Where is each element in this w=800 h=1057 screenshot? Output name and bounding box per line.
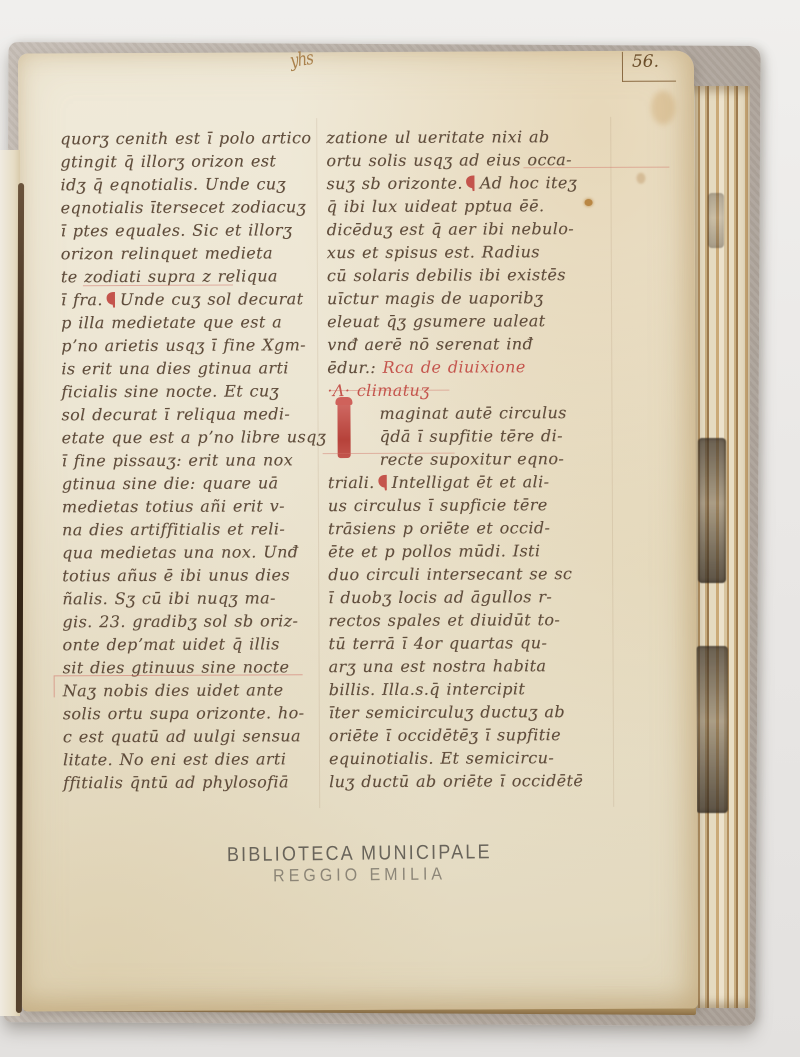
- ink-text: billis. Illa.s.q̄ intercipit: [329, 679, 526, 699]
- manuscript-line: cū solaris debilis ibi existēs: [327, 263, 633, 287]
- ink-text: suʒ sb orizonte.: [326, 174, 462, 194]
- manuscript-line: ī duobʒ locis ad āgullos r-: [328, 585, 634, 609]
- manuscript-line: us circulus ī supficie tēre: [328, 493, 634, 517]
- manuscript-line: eleuat q̄ʒ gsumere ualeat: [327, 309, 633, 333]
- ink-text: quorʒ cenith est ī polo artico: [60, 128, 311, 148]
- manuscript-line: sol decurat ī reliqua medi-: [61, 402, 313, 426]
- manuscript-line: triali.Intelligat ēt et ali-: [328, 470, 634, 494]
- ink-text: ficialis sine nocte. Et cuʒ: [61, 381, 279, 401]
- manuscript-line: is erit una dies gtinua arti: [61, 356, 313, 380]
- ink-text: pʼno arietis usqʒ ī fine Xgm-: [61, 335, 306, 355]
- manuscript-line: ·Λ· climatuʒ: [327, 378, 633, 402]
- ink-text: ffitialis q̄ntū ad phylosofiā: [63, 772, 289, 792]
- ink-text: idʒ q̄ eqnotialis. Unde cuʒ: [60, 174, 286, 194]
- library-stamp: BIBLIOTECA MUNICIPALE REGGIO EMILIA: [21, 839, 697, 889]
- ink-text: medietas totius añi erit v-: [62, 496, 285, 516]
- folio-number: 56.: [632, 52, 659, 72]
- ink-text: onte depʼmat uidet q̄ illis: [62, 634, 279, 654]
- ink-text: sol decurat ī reliqua medi-: [61, 404, 290, 424]
- fore-edge-stain: [696, 646, 728, 813]
- manuscript-line: quorʒ cenith est ī polo artico: [60, 126, 312, 150]
- manuscript-line: trāsiens p oriēte et occid-: [328, 516, 634, 540]
- ink-text: solis ortu supa orizonte. ho-: [63, 703, 305, 723]
- ink-text: ī ptes equales. Sic et illorʒ: [61, 220, 293, 240]
- ink-text: eqnotialis ītersecet zodiacuʒ: [61, 197, 307, 217]
- manuscript-line: Naʒ nobis dies uidet ante: [63, 678, 315, 702]
- manuscript-line: tū terrā ī 4or quartas qu-: [328, 631, 634, 655]
- ink-text: cū solaris debilis ibi existēs: [327, 265, 566, 285]
- manuscript-line: etate que est a pʼno libre usqʒ: [62, 425, 314, 449]
- ink-text: equinotialis. Et semicircu-: [329, 748, 554, 768]
- manuscript-line: īter semicirculuʒ ductuʒ ab: [329, 700, 635, 724]
- top-mark: yhs: [288, 46, 314, 72]
- manuscript-line: ī fra.Unde cuʒ sol decurat: [61, 287, 313, 311]
- ink-text: gis. 23. gradibʒ sol sb oriz-: [62, 611, 298, 631]
- manuscript-line: xus et spisus est. Radius: [327, 240, 633, 264]
- manuscript-line: dicēduʒ est q̄ aer ibi nebulo-: [327, 217, 633, 241]
- manuscript-line: recte supoxitur eqno-: [328, 447, 634, 471]
- ink-text: p illa medietate que est a: [61, 312, 282, 332]
- ink-text: gtinua sine die: quare uā: [62, 473, 279, 493]
- ink-text: īter semicirculuʒ ductuʒ ab: [329, 702, 565, 722]
- manuscript-line: ēte et p pollos mūdi. Isti: [328, 539, 634, 563]
- ink-text: is erit una dies gtinua arti: [61, 358, 289, 378]
- ink-text: litate. No eni est dies arti: [63, 749, 286, 769]
- manuscript-line: zatione ul ueritate nixi ab: [326, 125, 632, 149]
- manuscript-line: luʒ ductū ab oriēte ī occidētē: [329, 769, 635, 793]
- ink-text: etate que est a pʼno libre usqʒ: [62, 427, 327, 447]
- ink-text: orizon relinquet medieta: [61, 243, 273, 263]
- manuscript-line: q̄ ibi lux uideat pptua ēē.: [327, 194, 633, 218]
- fore-edge-stain: [698, 438, 726, 583]
- ink-text: oriēte ī occidētēʒ ī supfitie: [329, 725, 561, 745]
- ink-text: uīctur magis de uaporibʒ: [327, 288, 543, 308]
- ink-text: xus et spisus est. Radius: [327, 242, 540, 262]
- manuscript-line: suʒ sb orizonte.Ad hoc iteʒ: [326, 171, 632, 195]
- manuscript-line: oriēte ī occidētēʒ ī supfitie: [329, 723, 635, 747]
- ink-text: te zodiati supra z reliqua: [61, 266, 278, 286]
- manuscript-line: qua medietas una nox. Unđ: [62, 540, 314, 564]
- manuscript-line: maginat autē circulus: [327, 401, 633, 425]
- ink-text: triali.: [328, 473, 375, 492]
- ink-text: dicēduʒ est q̄ aer ibi nebulo-: [327, 219, 574, 239]
- ink-text: ī fine pissauʒ: erit una nox: [62, 450, 293, 470]
- ink-text: zatione ul ueritate nixi ab: [326, 127, 549, 147]
- stain: [636, 173, 645, 184]
- manuscript-line: duo circuli intersecant se sc: [328, 562, 634, 586]
- fore-edge-stain: [708, 193, 724, 248]
- manuscript-page: yhs 56. quorʒ cenith est ī polo articogt…: [18, 51, 698, 1012]
- manuscript-line: na dies artiffitialis et reli-: [62, 517, 314, 541]
- manuscript-line: gtinua sine die: quare uā: [62, 471, 314, 495]
- ink-text: Naʒ nobis dies uidet ante: [63, 680, 284, 700]
- rubric-text: Rca de diuixione: [383, 357, 526, 377]
- ink-text: qua medietas una nox. Unđ: [62, 542, 298, 562]
- manuscript-line: c est quatū ad uulgi sensua: [63, 724, 315, 748]
- stain: [651, 91, 675, 125]
- folio-bracket: 56.: [622, 52, 676, 82]
- ink-text: us circulus ī supficie tēre: [328, 495, 548, 515]
- manuscript-line: billis. Illa.s.q̄ intercipit: [329, 677, 635, 701]
- text-column-left: quorʒ cenith est ī polo articogtingit q̄…: [60, 126, 315, 794]
- ink-text: maginat autē circulus: [379, 403, 566, 423]
- manuscript-line: gis. 23. gradibʒ sol sb oriz-: [62, 609, 314, 633]
- rubric-text: ·Λ· climatuʒ: [327, 381, 429, 400]
- manuscript-line: solis ortu supa orizonte. ho-: [63, 701, 315, 725]
- ink-text: duo circuli intersecant se sc: [328, 564, 572, 584]
- ink-text: na dies artiffitialis et reli-: [62, 519, 285, 539]
- ink-text: gtingit q̄ illorʒ orizon est: [60, 151, 276, 171]
- ink-text: ortu solis usqʒ ad eius occa-: [326, 150, 572, 170]
- ink-text: recte supoxitur eqno-: [380, 449, 565, 469]
- ink-text: ī fra.: [61, 290, 103, 309]
- manuscript-line: onte depʼmat uidet q̄ illis: [62, 632, 314, 656]
- ink-text: ēdur.:: [327, 358, 382, 377]
- ink-text: Unde cuʒ sol decurat: [120, 289, 304, 309]
- ink-text: totius añus ē ibi unus dies: [62, 565, 290, 585]
- manuscript-line: gtingit q̄ illorʒ orizon est: [60, 149, 312, 173]
- manuscript-line: ēdur.: Rca de diuixione: [327, 355, 633, 379]
- ink-text: q̄dā ī supfitie tēre di-: [380, 426, 563, 446]
- manuscript-line: ficialis sine nocte. Et cuʒ: [61, 379, 313, 403]
- column-crease: [316, 118, 320, 808]
- manuscript-line: vnđ aerē nō serenat inđ: [327, 332, 633, 356]
- ink-text: ī duobʒ locis ad āgullos r-: [328, 587, 552, 607]
- manuscript-line: ñalis. Sʒ cū ibi nuqʒ ma-: [62, 586, 314, 610]
- ink-text: luʒ ductū ab oriēte ī occidētē: [329, 771, 583, 791]
- ink-text: trāsiens p oriēte et occid-: [328, 518, 550, 538]
- manuscript-line: idʒ q̄ eqnotialis. Unde cuʒ: [60, 172, 312, 196]
- manuscript-line: pʼno arietis usqʒ ī fine Xgm-: [61, 333, 313, 357]
- ink-text: c est quatū ad uulgi sensua: [63, 726, 301, 746]
- manuscript-line: eqnotialis ītersecet zodiacuʒ: [61, 195, 313, 219]
- manuscript-line: ī ptes equales. Sic et illorʒ: [61, 218, 313, 242]
- ink-text: Ad hoc iteʒ: [480, 173, 577, 192]
- manuscript-line: ffitialis q̄ntū ad phylosofiā: [63, 770, 315, 794]
- manuscript-line: litate. No eni est dies arti: [63, 747, 315, 771]
- ink-text: q̄ ibi lux uideat pptua ēē.: [327, 196, 545, 216]
- manuscript-line: uīctur magis de uaporibʒ: [327, 286, 633, 310]
- manuscript-line: orizon relinquet medieta: [61, 241, 313, 265]
- manuscript-line: p illa medietate que est a: [61, 310, 313, 334]
- manuscript-line: rectos spales et diuidūt to-: [328, 608, 634, 632]
- manuscript-line: equinotialis. Et semicircu-: [329, 746, 635, 770]
- manuscript-line: q̄dā ī supfitie tēre di-: [328, 424, 634, 448]
- manuscript-line: medietas totius añi erit v-: [62, 494, 314, 518]
- text-column-right: zatione ul ueritate nixi abortu solis us…: [326, 125, 635, 793]
- manuscript-photo: yhs 56. quorʒ cenith est ī polo articogt…: [0, 0, 800, 1057]
- ink-text: arʒ una est nostra habita: [329, 656, 547, 676]
- ink-text: ēte et p pollos mūdi. Isti: [328, 541, 540, 561]
- manuscript-line: totius añus ē ibi unus dies: [62, 563, 314, 587]
- ink-text: vnđ aerē nō serenat inđ: [327, 334, 533, 354]
- ink-text: ñalis. Sʒ cū ibi nuqʒ ma-: [62, 588, 276, 608]
- ink-text: eleuat q̄ʒ gsumere ualeat: [327, 311, 545, 331]
- manuscript-line: ī fine pissauʒ: erit una nox: [62, 448, 314, 472]
- manuscript-line: arʒ una est nostra habita: [329, 654, 635, 678]
- manuscript-line: ortu solis usqʒ ad eius occa-: [326, 148, 632, 172]
- ink-text: tū terrā ī 4or quartas qu-: [328, 633, 547, 653]
- ink-text: rectos spales et diuidūt to-: [328, 610, 560, 630]
- ink-text: Intelligat ēt et ali-: [392, 472, 550, 492]
- fore-edge-page-stack: [690, 86, 750, 1008]
